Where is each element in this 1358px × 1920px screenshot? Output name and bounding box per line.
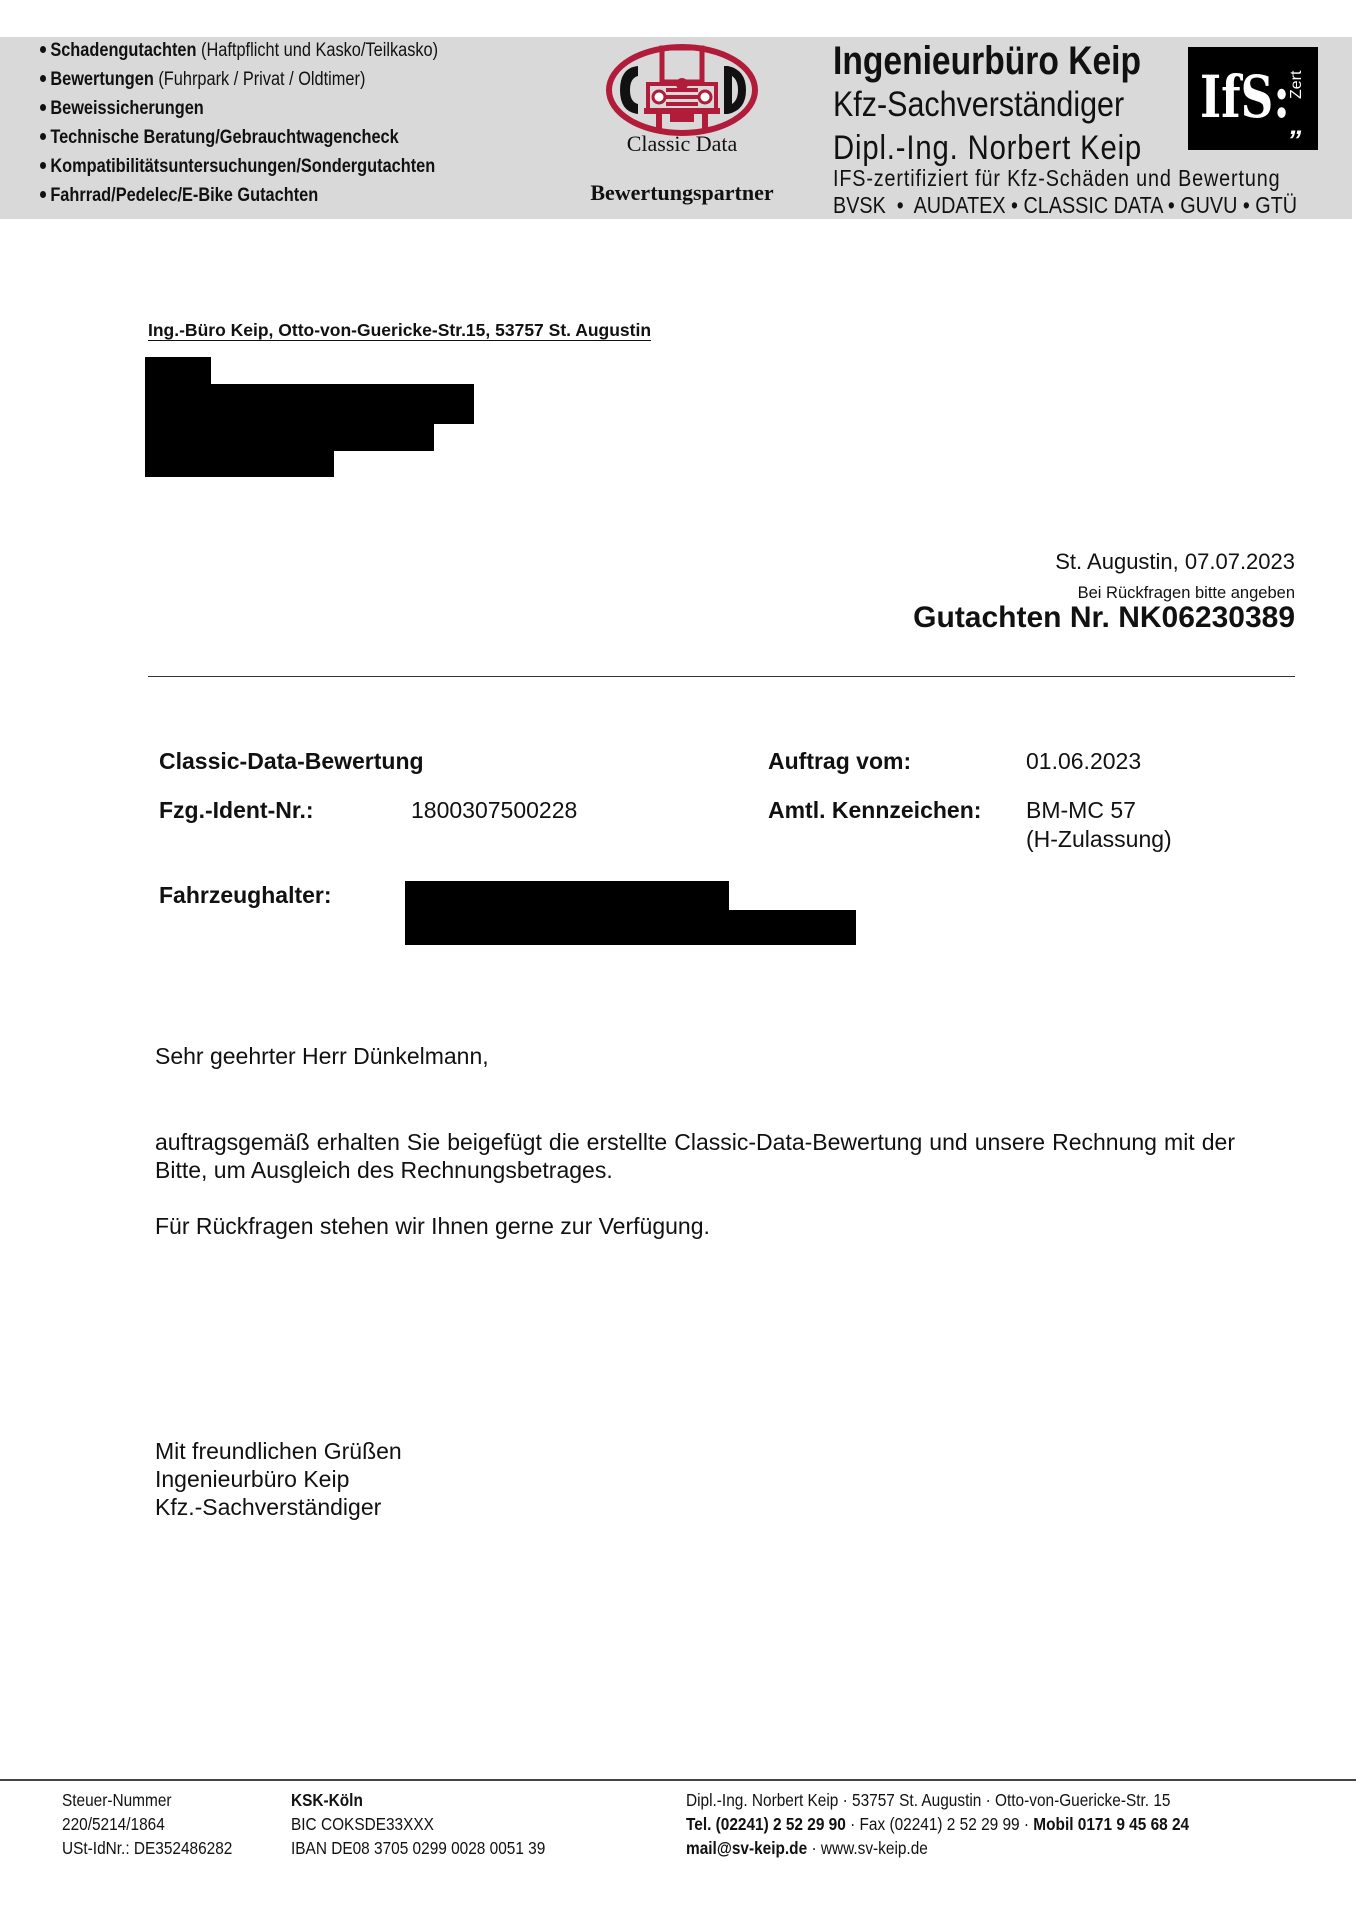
bank-iban: IBAN DE08 3705 0299 0028 0051 39: [291, 1836, 545, 1860]
contact-address: Dipl.-Ing. Norbert Keip · 53757 St. Augu…: [686, 1788, 1170, 1812]
contact-website-link[interactable]: www.sv-keip.de: [821, 1838, 928, 1858]
service-title: Technische Beratung/Gebrauchtwagencheck: [50, 127, 398, 148]
bank-name: KSK-Köln: [291, 1788, 363, 1812]
service-title: Bewertungen: [50, 69, 154, 90]
place-and-date: St. Augustin, 07.07.2023: [1055, 549, 1295, 575]
plate-label: Amtl. Kennzeichen:: [768, 797, 981, 824]
service-item: Kompatibilitätsuntersuchungen/Sonderguta…: [40, 157, 500, 176]
signature-company: Ingenieurbüro Keip: [155, 1466, 349, 1493]
plate-note: (H-Zulassung): [1026, 826, 1172, 853]
ifs-badge-mark: „: [1290, 109, 1304, 141]
report-number: Gutachten Nr. NK06230389: [913, 601, 1295, 635]
report-type: Classic-Data-Bewertung: [159, 748, 424, 775]
bullet-icon: [40, 191, 46, 198]
contact-mobile: Mobil 0171 9 45 68 24: [1033, 1814, 1189, 1834]
contact-fax: · Fax (02241) 2 52 29 99 ·: [846, 1814, 1033, 1834]
contact-email-link[interactable]: mail@sv-keip.de: [686, 1838, 807, 1858]
service-item: Beweissicherungen: [40, 99, 230, 118]
order-date-label: Auftrag vom:: [768, 748, 911, 775]
footer-bank: KSK-Köln BIC COKSDE33XXX IBAN DE08 3705 …: [291, 1788, 580, 1860]
ifs-badge-suffix: Zert: [1288, 71, 1306, 99]
ifs-badge-text: IfS:: [1200, 57, 1290, 137]
service-item: Schadengutachten (Haftpflicht und Kasko/…: [40, 41, 503, 60]
bullet-icon: [40, 133, 46, 140]
owner-label: Fahrzeughalter:: [159, 882, 332, 909]
service-item: Fahrrad/Pedelec/E-Bike Gutachten: [40, 186, 364, 205]
closing: Mit freundlichen Grüßen: [155, 1438, 402, 1465]
service-title: Fahrrad/Pedelec/E-Bike Gutachten: [50, 185, 318, 206]
tax-number: 220/5214/1864: [62, 1812, 165, 1836]
tax-label: Steuer-Nummer: [62, 1788, 172, 1812]
letter-paragraph: auftragsgemäß erhalten Sie beigefügt die…: [155, 1128, 1235, 1184]
service-title: Kompatibilitätsuntersuchungen/Sonderguta…: [50, 156, 435, 177]
sender-return-address: Ing.-Büro Keip, Otto-von-Guericke-Str.15…: [148, 320, 651, 341]
separator-line: [148, 676, 1295, 677]
firm-profession: Kfz-Sachverständiger: [833, 84, 1168, 126]
logo-caption: Classic Data: [604, 131, 760, 157]
classic-data-logo-icon: [604, 42, 760, 138]
service-detail: (Haftpflicht und Kasko/Teilkasko): [197, 40, 439, 61]
bullet-icon: [40, 46, 46, 53]
vat-id: USt-IdNr.: DE352486282: [62, 1836, 232, 1860]
plate-value: BM-MC 57: [1026, 797, 1136, 824]
separator: ·: [807, 1838, 821, 1858]
contact-phone: Tel. (02241) 2 52 29 90: [686, 1814, 846, 1834]
vin-value: 1800307500228: [411, 797, 577, 824]
footer-tax: Steuer-Nummer 220/5214/1864 USt-IdNr.: D…: [62, 1788, 256, 1860]
service-item: Bewertungen (Fuhrpark / Privat / Oldtime…: [40, 70, 418, 89]
salutation: Sehr geehrter Herr Dünkelmann,: [155, 1043, 489, 1070]
service-detail: (Fuhrpark / Privat / Oldtimer): [154, 69, 366, 90]
footer-contact: Dipl.-Ing. Norbert Keip · 53757 St. Augu…: [686, 1788, 1258, 1860]
letter-followup: Für Rückfragen stehen wir Ihnen gerne zu…: [155, 1213, 710, 1240]
firm-person: Dipl.-Ing. Norbert Keip: [833, 127, 1192, 169]
ifs-certification-badge: IfS: Zert „: [1188, 47, 1318, 150]
firm-name: Ingenieurbüro Keip: [833, 38, 1200, 84]
order-date-value: 01.06.2023: [1026, 748, 1141, 775]
service-title: Beweissicherungen: [50, 98, 203, 119]
firm-certification: IFS-zertifiziert für Kfz-Schäden und Bew…: [833, 165, 1353, 191]
logo-subcaption: Bewertungspartner: [574, 180, 790, 206]
bank-bic: BIC COKSDE33XXX: [291, 1812, 434, 1836]
service-item: Technische Beratung/Gebrauchtwagencheck: [40, 128, 457, 147]
footer-divider: [0, 1779, 1356, 1781]
bullet-icon: [40, 104, 46, 111]
signature-title: Kfz.-Sachverständiger: [155, 1494, 381, 1521]
firm-memberships: BVSK • AUDATEX • CLASSIC DATA • GUVU • G…: [833, 192, 1358, 218]
bullet-icon: [40, 75, 46, 82]
bullet-icon: [40, 162, 46, 169]
vin-label: Fzg.-Ident-Nr.:: [159, 797, 314, 824]
service-title: Schadengutachten: [50, 40, 196, 61]
